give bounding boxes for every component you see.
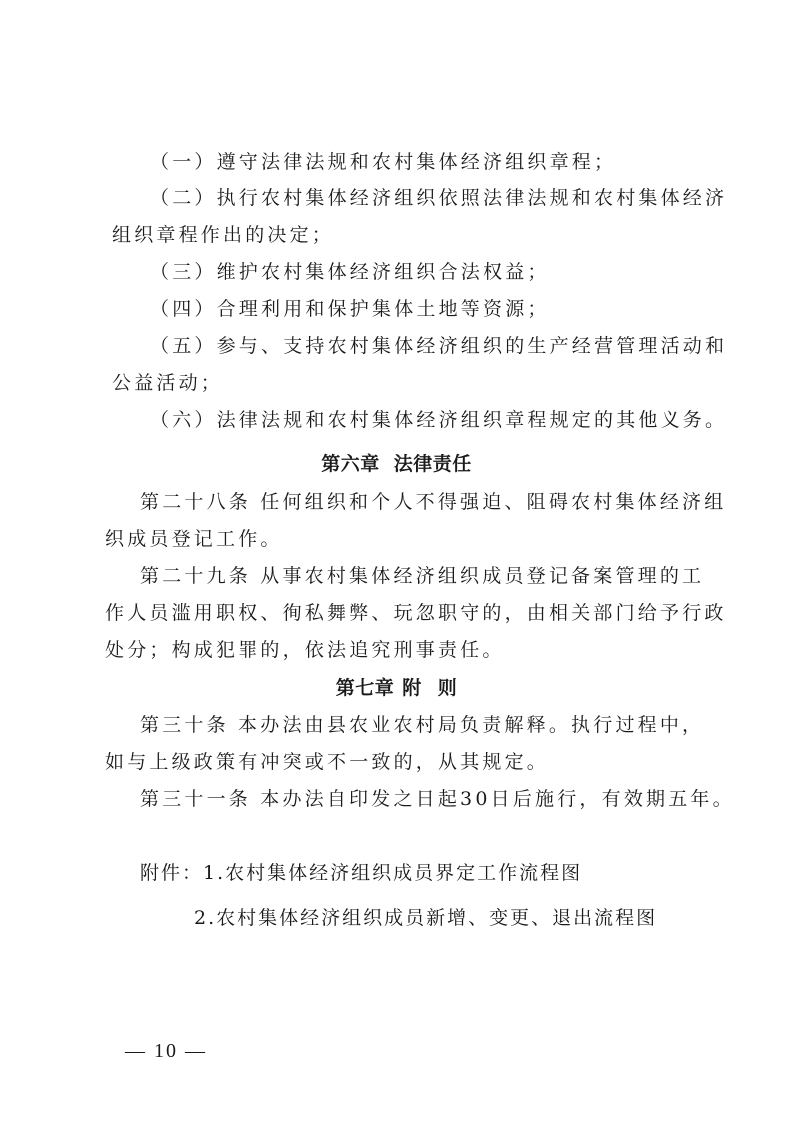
chapter-7-heading: 第七章附则 <box>0 675 793 701</box>
attachments-label: 附件： <box>140 862 203 884</box>
article-30-line-1: 第三十条 本办法由县农业农村局负责解释。执行过程中， <box>140 712 704 738</box>
chapter-7-title-a: 附 <box>402 677 422 699</box>
article-28-line-1: 第二十八条 任何组织和个人不得强迫、阻碍农村集体经济组 <box>140 489 726 515</box>
attachment-item-1: 1.农村集体经济组织成员界定工作流程图 <box>203 862 582 884</box>
page-number: — 10 — <box>125 1040 207 1063</box>
obligation-item-3: （三）维护农村集体经济组织合法权益； <box>150 259 550 285</box>
chapter-6-title: 法律责任 <box>394 453 472 475</box>
article-29-line-2: 作人员滥用职权、徇私舞弊、玩忽职守的，由相关部门给予行政 <box>105 600 727 626</box>
obligation-item-6: （六）法律法规和农村集体经济组织章程规定的其他义务。 <box>150 407 727 433</box>
chapter-7-title-b: 则 <box>438 677 458 699</box>
chapter-6-heading: 第六章法律责任 <box>0 451 793 477</box>
article-28-line-2: 织成员登记工作。 <box>105 526 283 552</box>
obligation-item-5-cont: 公益活动； <box>112 370 223 396</box>
obligation-item-5: （五）参与、支持农村集体经济组织的生产经营管理活动和 <box>150 333 727 359</box>
obligation-item-2-cont: 组织章程作出的决定； <box>112 222 334 248</box>
obligation-item-4: （四）合理利用和保护集体土地等资源； <box>150 296 550 322</box>
article-29-line-1: 第二十九条 从事农村集体经济组织成员登记备案管理的工 <box>140 563 704 589</box>
obligation-item-2: （二）执行农村集体经济组织依照法律法规和农村集体经济 <box>150 185 727 211</box>
article-30-line-2: 如与上级政策有冲突或不一致的，从其规定。 <box>105 749 549 775</box>
obligation-item-1: （一）遵守法律法规和农村集体经济组织章程； <box>150 149 616 175</box>
chapter-7-number: 第七章 <box>336 677 395 699</box>
article-31-line-1: 第三十一条 本办法自印发之日起30日后施行，有效期五年。 <box>140 786 735 812</box>
attachment-item-2: 2.农村集体经济组织成员新增、变更、退出流程图 <box>194 905 657 931</box>
attachments-line-1: 附件：1.农村集体经济组织成员界定工作流程图 <box>140 860 582 886</box>
chapter-6-number: 第六章 <box>321 453 380 475</box>
article-29-line-3: 处分；构成犯罪的，依法追究刑事责任。 <box>105 637 505 663</box>
